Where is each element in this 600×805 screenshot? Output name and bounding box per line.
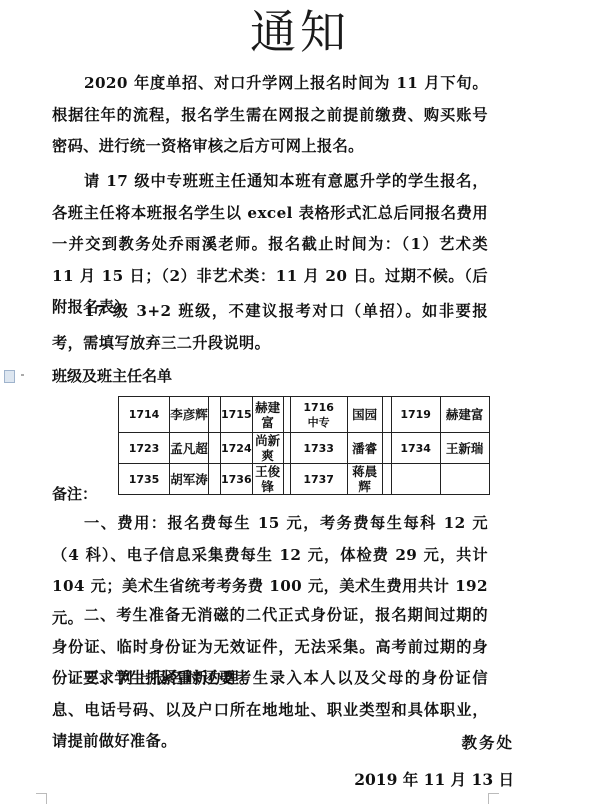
class-number-cell: 1735 [119, 464, 170, 495]
teacher-name-cell: 赫建富 [252, 397, 283, 433]
teacher-name-cell: 孟凡超 [170, 433, 209, 464]
table-row: 1714 李彦辉 1715 赫建富 1716 中专 国园 1719 赫建富 [119, 397, 490, 433]
paragraph-marker-icon[interactable] [4, 370, 15, 383]
teacher-name-cell: 李彦辉 [170, 397, 209, 433]
class-number-cell: 1734 [391, 433, 440, 464]
paragraph-registration-time: 2020 年度单招、对口升学网上报名时间为 11 月下旬。根据往年的流程，报名学… [52, 68, 488, 163]
empty-cell [209, 464, 221, 495]
empty-cell [382, 433, 391, 464]
empty-cell [209, 397, 221, 433]
class-number-cell: 1723 [119, 433, 170, 464]
teacher-name-cell: 王俊锋 [252, 464, 283, 495]
class-number-cell: 1719 [391, 397, 440, 433]
class-number-cell: 1724 [221, 433, 253, 464]
class-number-cell: 1714 [119, 397, 170, 433]
class-number-cell: 1736 [221, 464, 253, 495]
document-title: 通知 [0, 2, 600, 62]
empty-cell [382, 464, 391, 495]
paragraph-marker-dropdown-icon[interactable] [21, 374, 24, 376]
class-teacher-table: 1714 李彦辉 1715 赫建富 1716 中专 国园 1719 赫建富 17… [118, 396, 490, 495]
teacher-name-cell: 王新瑞 [440, 433, 489, 464]
empty-cell [209, 433, 221, 464]
empty-cell [382, 397, 391, 433]
table-row: 1723 孟凡超 1724 尚新爽 1733 潘睿 1734 王新瑞 [119, 433, 490, 464]
note-online-info: 三、网上报名时还要考生录入本人以及父母的身份证信息、电话号码、以及户口所在地地址… [52, 663, 488, 758]
empty-cell [283, 433, 290, 464]
signature-office: 教务处 [461, 731, 514, 753]
empty-cell [283, 464, 290, 495]
page-margin-corner-marker [488, 793, 499, 804]
teacher-name-cell [440, 464, 489, 495]
teacher-name-cell: 国园 [347, 397, 382, 433]
teacher-name-cell: 赫建富 [440, 397, 489, 433]
roster-heading: 班级及班主任名单 [52, 365, 172, 386]
signature-date: 2019 年 11 月 13 日 [354, 768, 514, 790]
table-row: 1735 胡军涛 1736 王俊锋 1737 蒋晨辉 [119, 464, 490, 495]
teacher-name-cell: 尚新爽 [252, 433, 283, 464]
class-number-cell [391, 464, 440, 495]
class-number-cell: 1716 中专 [290, 397, 347, 433]
teacher-name-cell: 潘睿 [347, 433, 382, 464]
class-number-cell: 1737 [290, 464, 347, 495]
paragraph-3plus2-classes: 17 级 3+2 班级，不建议报考对口（单招）。如非要报考，需填写放弃三二升段说… [52, 296, 488, 359]
teacher-name-cell: 胡军涛 [170, 464, 209, 495]
class-number-cell: 1715 [221, 397, 253, 433]
teacher-name-cell: 蒋晨辉 [347, 464, 382, 495]
page-margin-corner-marker [36, 793, 47, 804]
notes-label: 备注： [52, 483, 97, 504]
class-number-cell: 1733 [290, 433, 347, 464]
empty-cell [283, 397, 290, 433]
